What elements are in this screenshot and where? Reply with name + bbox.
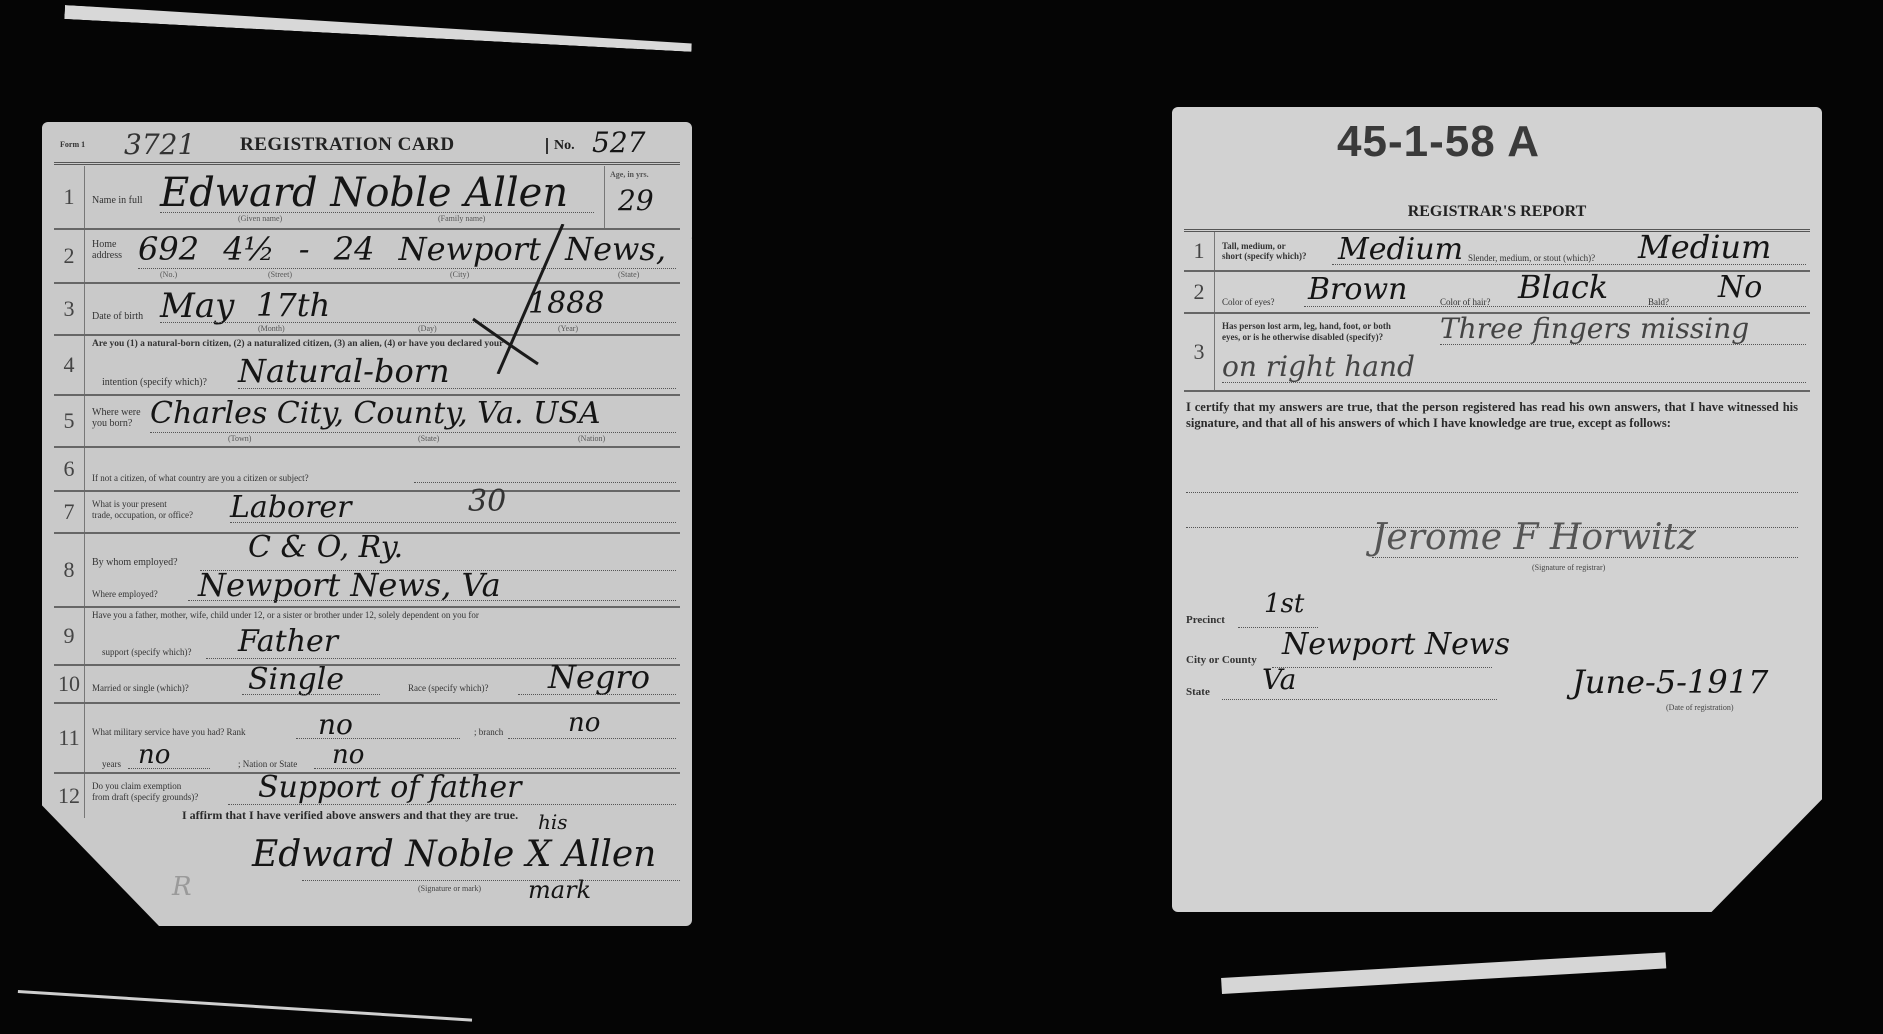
- dob-caption-day: (Day): [418, 324, 437, 333]
- address-caption-state: (State): [618, 270, 639, 279]
- affirmation-text: I affirm that I have verified above answ…: [182, 808, 518, 823]
- birthplace-caption-nation: (Nation): [578, 434, 605, 443]
- field-number: 3: [1184, 314, 1215, 390]
- military-nation-value: no: [332, 740, 364, 770]
- foreign-label: If not a citizen, of what country are yo…: [92, 474, 309, 483]
- address-value: 692 4½ - 24 Newport News, Va: [138, 230, 729, 268]
- field-number: 1: [1184, 232, 1215, 270]
- disability-label-line1: Has person lost arm, leg, hand, foot, or…: [1222, 322, 1391, 331]
- name-value: Edward Noble Allen: [160, 170, 568, 216]
- front-fields: 1 Name in full Edward Noble Allen (Given…: [54, 166, 680, 818]
- military-years-value: no: [138, 740, 170, 770]
- registration-card-back: 45-1-58 A REGISTRAR'S REPORT 1 Tall, med…: [1172, 107, 1822, 912]
- age-label: Age, in yrs.: [610, 170, 649, 179]
- military-rank-value: no: [318, 708, 353, 741]
- card-title: REGISTRATION CARD: [240, 134, 455, 156]
- dependents-label: support (specify which)?: [102, 648, 191, 657]
- eye-color-label: Color of eyes?: [1222, 298, 1274, 307]
- field-number: 2: [54, 230, 85, 282]
- field-number: 12: [54, 774, 85, 818]
- field-name: 1 Name in full Edward Noble Allen (Given…: [54, 166, 680, 230]
- build-label: Slender, medium, or stout (which)?: [1468, 254, 1595, 263]
- family-name-caption: (Family name): [438, 214, 485, 223]
- form-label: Form 1: [60, 140, 85, 149]
- registration-date-caption: (Date of registration): [1666, 703, 1734, 712]
- address-caption-no: (No.): [160, 270, 177, 279]
- field-disability: 3 Has person lost arm, leg, hand, foot, …: [1184, 314, 1810, 392]
- dob-month: May: [160, 286, 234, 326]
- occupation-label-line1: What is your present: [92, 500, 167, 509]
- field-number: 8: [54, 534, 85, 606]
- field-number: 7: [54, 492, 85, 532]
- military-years-label: years: [102, 760, 121, 769]
- registrar-certification: I certify that my answers are true, that…: [1186, 399, 1798, 432]
- signature-caption: (Signature or mark): [418, 884, 481, 893]
- precinct-value: 1st: [1264, 589, 1304, 619]
- race-label: Race (specify which)?: [408, 684, 488, 693]
- field-home-address: 2 Home address 692 4½ - 24 Newport News,…: [54, 230, 680, 284]
- registration-number-value: 527: [592, 126, 645, 159]
- given-name-caption: (Given name): [238, 214, 282, 223]
- birthplace-label-line1: Where were: [92, 408, 141, 419]
- disability-value-line1: Three fingers missing: [1440, 312, 1749, 345]
- form-number: 3721: [124, 128, 195, 161]
- field-height-build: 1 Tall, medium, or short (specify which)…: [1184, 232, 1810, 272]
- eye-color-value: Brown: [1308, 272, 1407, 307]
- citizenship-question: Are you (1) a natural-born citizen, (2) …: [92, 340, 503, 350]
- signature-note: his: [538, 810, 568, 834]
- registrar-fields: 1 Tall, medium, or short (specify which)…: [1184, 229, 1810, 392]
- name-label: Name in full: [92, 196, 143, 207]
- dob-day: 17th: [256, 286, 330, 324]
- signature-mark: mark: [528, 876, 591, 904]
- bald-value: No: [1718, 270, 1762, 305]
- military-rank-label: What military service have you had? Rank: [92, 728, 245, 737]
- card-header: Form 1 3721 REGISTRATION CARD No. 527: [54, 132, 680, 165]
- employer-value: C & O, Ry.: [248, 530, 403, 565]
- field-number: 10: [54, 666, 85, 702]
- occupation-annotation: 30: [468, 484, 506, 519]
- dependents-question: Have you a father, mother, wife, child u…: [92, 611, 479, 620]
- address-label-line1: Home: [92, 240, 116, 251]
- film-edge-strip-bottom-left: [18, 990, 472, 1022]
- military-branch-value: no: [568, 708, 600, 738]
- field-occupation: 7 What is your present trade, occupation…: [54, 492, 680, 534]
- address-caption-city: (City): [450, 270, 469, 279]
- registrar-signature: Jerome F Horwitz: [1372, 517, 1696, 558]
- military-nation-label: ; Nation or State: [238, 760, 297, 769]
- employer-label: By whom employed?: [92, 558, 178, 569]
- height-value: Medium: [1338, 232, 1463, 267]
- field-date-of-birth: 3 Date of birth May 17th 1888 (Month) (D…: [54, 284, 680, 336]
- occupation-value: Laborer: [230, 490, 352, 525]
- serial-code: 45-1-58 A: [1337, 117, 1540, 167]
- build-value: Medium: [1638, 228, 1771, 266]
- birthplace-label-line2: you born?: [92, 419, 132, 430]
- where-employed-value: Newport News, Va: [198, 566, 501, 604]
- field-number: 9: [54, 608, 85, 664]
- dob-caption-month: (Month): [258, 324, 285, 333]
- city-county-label: City or County: [1186, 655, 1257, 667]
- registration-number-label: No.: [546, 138, 575, 154]
- birthplace-caption-town: (Town): [228, 434, 251, 443]
- dob-label: Date of birth: [92, 312, 143, 323]
- field-marital-race: 10 Married or single (which)? Single Rac…: [54, 666, 680, 704]
- field-number: 3: [54, 284, 85, 334]
- citizenship-value: Natural-born: [238, 352, 450, 390]
- birthplace-value: Charles City, County, Va. USA: [150, 396, 601, 431]
- state-label: State: [1186, 687, 1210, 699]
- margin-mark: R: [172, 872, 192, 902]
- occupation-label-line2: trade, occupation, or office?: [92, 511, 193, 520]
- registration-card-front: Form 1 3721 REGISTRATION CARD No. 527 1 …: [42, 122, 692, 926]
- address-label-line2: address: [92, 251, 122, 262]
- registrar-signature-caption: (Signature of registrar): [1532, 563, 1605, 572]
- address-caption-street: (Street): [268, 270, 292, 279]
- registrant-signature: Edward Noble X Allen: [252, 834, 656, 875]
- field-number: 2: [1184, 272, 1215, 312]
- where-employed-label: Where employed?: [92, 590, 158, 599]
- exemption-label-line2: from draft (specify grounds)?: [92, 793, 198, 802]
- field-citizenship: 4 Are you (1) a natural-born citizen, (2…: [54, 336, 680, 396]
- field-number: 1: [54, 166, 85, 228]
- field-foreign-citizenship: 6 If not a citizen, of what country are …: [54, 448, 680, 492]
- film-edge-strip-bottom-right: [1221, 952, 1666, 994]
- city-county-value: Newport News: [1282, 627, 1510, 662]
- hair-color-value: Black: [1518, 268, 1608, 306]
- exemption-value: Support of father: [258, 770, 521, 805]
- field-number: 4: [54, 336, 85, 394]
- precinct-label: Precinct: [1186, 615, 1225, 627]
- marital-label: Married or single (which)?: [92, 684, 189, 693]
- age-value: 29: [618, 184, 654, 217]
- registrar-report-title: REGISTRAR'S REPORT: [1172, 203, 1822, 221]
- marital-value: Single: [248, 662, 344, 697]
- field-employer: 8 By whom employed? C & O, Ry. Where emp…: [54, 534, 680, 608]
- citizenship-label: intention (specify which)?: [102, 378, 207, 389]
- field-number: 11: [54, 704, 85, 772]
- registration-date: June-5-1917: [1572, 663, 1768, 701]
- race-value: Negro: [548, 658, 650, 696]
- exemption-label-line1: Do you claim exemption: [92, 782, 181, 791]
- field-military-service: 11 What military service have you had? R…: [54, 704, 680, 774]
- disability-value-line2: on right hand: [1222, 350, 1415, 383]
- height-label-line2: short (specify which)?: [1222, 252, 1307, 261]
- field-number: 5: [54, 396, 85, 446]
- field-eyes-hair-bald: 2 Color of eyes? Brown Color of hair? Bl…: [1184, 272, 1810, 314]
- state-value: Va: [1262, 663, 1296, 696]
- dependents-value: Father: [238, 624, 338, 659]
- birthplace-caption-state: (State): [418, 434, 439, 443]
- field-birthplace: 5 Where were you born? Charles City, Cou…: [54, 396, 680, 448]
- disability-label-line2: eyes, or is he otherwise disabled (speci…: [1222, 333, 1383, 342]
- military-branch-label: ; branch: [474, 728, 503, 737]
- field-number: 6: [54, 448, 85, 490]
- film-edge-strip-top: [64, 5, 692, 52]
